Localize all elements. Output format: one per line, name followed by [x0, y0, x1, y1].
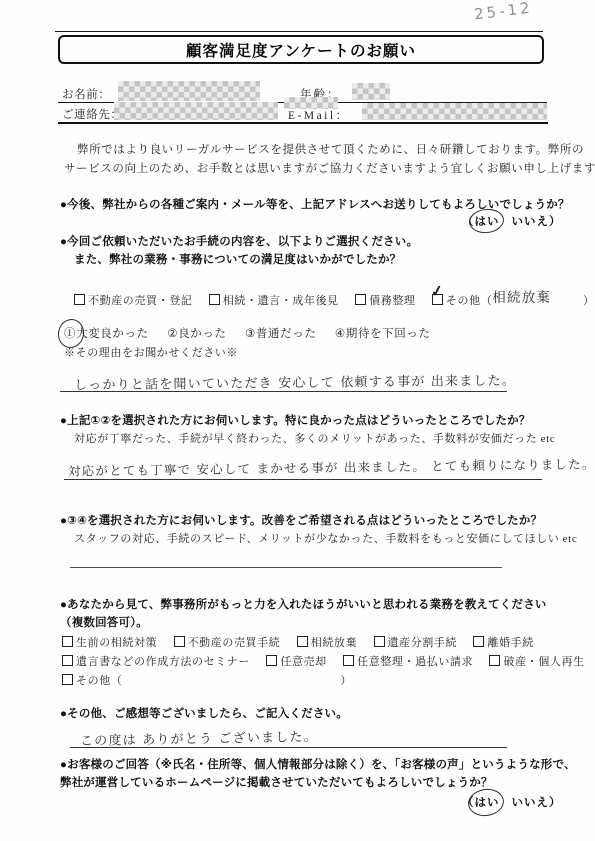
- checkbox-option-nini-seiri[interactable]: 任意整理・過払い請求: [343, 656, 473, 668]
- question-publish-2: 弊社が運営しているホームページに掲載させていただいてもよろしいでしょうか？: [60, 774, 493, 790]
- rating-3[interactable]: ③普通だった: [245, 328, 316, 340]
- checkbox-icon: [343, 655, 354, 666]
- intro-line2: サービスの向上のため、お手数とは思いますがご協力くださいますよう宜しくお願い申し…: [64, 160, 595, 176]
- checkbox-label: その他（: [76, 675, 122, 687]
- checkbox-icon: [489, 655, 500, 666]
- checkbox-icon: [374, 636, 385, 647]
- checkbox-icon: [266, 655, 277, 666]
- checkbox-option-yuigonsho[interactable]: 遺言書などの作成方法のセミナー: [62, 656, 250, 668]
- procedure-options-row: 不動産の売買・登記 相続・遺言・成年後見 債務整理 ✓その他（相続放棄）: [74, 288, 595, 308]
- checkbox-checked-icon: ✓: [432, 294, 443, 305]
- intro-line1: 弊所ではより良いリーガルサービスを提供させて頂くために、日々研鑽しております。弊…: [77, 141, 584, 157]
- checkbox-label: 不動産の売買・登記: [88, 295, 192, 307]
- good-points-hint: 対応が丁寧だった、手続が早く終わった、多くのメリットがあった、手数料が安価だった…: [74, 430, 555, 446]
- improvements-hint: スタッフの対応、手続のスピード、メリットが少なかった、手数料をもっと安価にしてほ…: [74, 530, 577, 546]
- checkbox-icon: [174, 636, 185, 647]
- question-procedure-1: ●今回ご依頼いただいたお手続の内容を、以下よりご選択ください。: [60, 233, 418, 249]
- paren-close: ）: [583, 295, 595, 307]
- checkbox-label: 遺言書などの作成方法のセミナー: [76, 656, 250, 668]
- checkbox-icon: [209, 294, 220, 305]
- checkbox-option-souzoku[interactable]: 相続・遺言・成年後見: [209, 295, 339, 307]
- focus-options-row3: その他（）: [62, 672, 352, 688]
- checkbox-option-focus-sonota[interactable]: その他（）: [62, 675, 352, 687]
- question-procedure-2: また、弊社の業務・事務についての満足度はいかがでしたか？: [74, 251, 401, 267]
- question-publish-1: ●お客様のご回答（※氏名・住所等、個人情報部分は除く）を、「お客様の声」というよ…: [60, 756, 576, 772]
- checkbox-label: 債務整理: [369, 295, 415, 307]
- checkbox-option-nini-baikyaku[interactable]: 任意売却: [266, 656, 326, 668]
- question-improvements: ●③④を選択された方にお伺いします。改善をご希望される点はどういったところでした…: [60, 512, 542, 528]
- comments-answer-line[interactable]: [70, 730, 507, 748]
- question-good-points: ●上記①②を選択された方にお伺いします。特に良かった点はどういったところでしたか…: [60, 412, 531, 428]
- paren-close: ）: [549, 216, 562, 228]
- question-focus-1: ●あなたから見て、弊事務所がもっと力を入れたほうがいいと思われる業務を教えてくだ…: [60, 596, 547, 612]
- hand-circle-yes-publish: [466, 787, 505, 819]
- rating-label: 普通だった: [256, 328, 317, 340]
- reason-answer-line[interactable]: [60, 374, 507, 392]
- mail-consent-no[interactable]: いいえ: [512, 216, 550, 228]
- paren-close: ）: [340, 675, 352, 687]
- checkbox-label: 相続・遺言・成年後見: [223, 295, 339, 307]
- checkbox-icon: [62, 636, 73, 647]
- corner-handwritten-note: 25-12: [473, 0, 533, 24]
- rating-number: ③: [245, 328, 256, 340]
- question-focus-2: （複数回答可）。: [60, 614, 148, 630]
- focus-options-row2: 遺言書などの作成方法のセミナー 任意売却 任意整理・過払い請求 破産・個人再生: [62, 653, 585, 669]
- checkbox-icon: [355, 294, 366, 305]
- rating-label: 大変良かった: [76, 328, 149, 340]
- checkbox-option-isan-bunkatsu[interactable]: 遺産分割手続: [374, 637, 458, 649]
- checkbox-option-seizen[interactable]: 生前の相続対策: [62, 637, 157, 649]
- reason-prompt: ※その理由をお聞かせください※: [64, 344, 238, 360]
- scanned-survey-form: 25-12 顧客満足度アンケートのお願い お名前： 年齢： ご連絡先： E-Ma…: [0, 0, 595, 841]
- checkbox-icon: [62, 674, 73, 685]
- checkbox-label: 離婚手続: [487, 637, 533, 649]
- rating-number: ④: [335, 328, 346, 340]
- rating-label: 期待を下回った: [346, 328, 431, 340]
- checkbox-option-souzoku-houki[interactable]: 相続放棄: [297, 637, 357, 649]
- handwritten-checkmark: ✓: [430, 284, 445, 300]
- improvements-answer-line[interactable]: [70, 550, 502, 568]
- checkbox-label: 任意整理・過払い請求: [357, 656, 473, 668]
- checkbox-option-fudosan-tetsuzuki[interactable]: 不動産の売買手続: [174, 637, 281, 649]
- checkbox-option-rikon[interactable]: 離婚手続: [473, 637, 533, 649]
- checkbox-icon: [62, 655, 73, 666]
- form-title: 顧客満足度アンケートのお願い: [186, 39, 416, 61]
- contact-row-rule: [58, 105, 548, 124]
- good-points-answer-line[interactable]: [64, 462, 542, 480]
- rating-number: ②: [167, 328, 178, 340]
- checkbox-option-saimu[interactable]: 債務整理: [355, 295, 415, 307]
- checkbox-label: 破産・個人再生: [503, 656, 584, 668]
- focus-options-row1: 生前の相続対策 不動産の売買手続 相続放棄 遺産分割手続 離婚手続: [62, 634, 534, 650]
- form-title-box: 顧客満足度アンケートのお願い: [58, 35, 544, 64]
- checkbox-option-sonota[interactable]: ✓その他（相続放棄）: [432, 295, 595, 307]
- title-top-rule: [55, 31, 543, 32]
- checkbox-label: その他（: [446, 295, 492, 307]
- checkbox-label: 相続放棄: [311, 637, 357, 649]
- checkbox-label: 生前の相続対策: [76, 637, 157, 649]
- rating-label: 良かった: [178, 328, 226, 340]
- rating-row: ①大変良かった ②良かった ③普通だった ④期待を下回った: [64, 325, 431, 341]
- checkbox-label: 任意売却: [280, 656, 326, 668]
- question-comments: ●その他、ご感想等ございましたら、ご記入ください。: [60, 705, 348, 721]
- other-fill-handwriting: 相続放棄: [492, 290, 551, 306]
- checkbox-label: 不動産の売買手続: [188, 637, 281, 649]
- rating-4[interactable]: ④期待を下回った: [335, 328, 431, 340]
- rating-2[interactable]: ②良かった: [167, 328, 226, 340]
- checkbox-icon: [473, 636, 484, 647]
- checkbox-option-fudosan[interactable]: 不動産の売買・登記: [74, 295, 192, 307]
- checkbox-icon: [74, 294, 85, 305]
- checkbox-label: 遺産分割手続: [388, 637, 458, 649]
- checkbox-option-hasan[interactable]: 破産・個人再生: [489, 656, 584, 668]
- publish-consent-no[interactable]: いいえ: [512, 797, 550, 809]
- paren-close: ）: [549, 797, 562, 809]
- checkbox-icon: [297, 636, 308, 647]
